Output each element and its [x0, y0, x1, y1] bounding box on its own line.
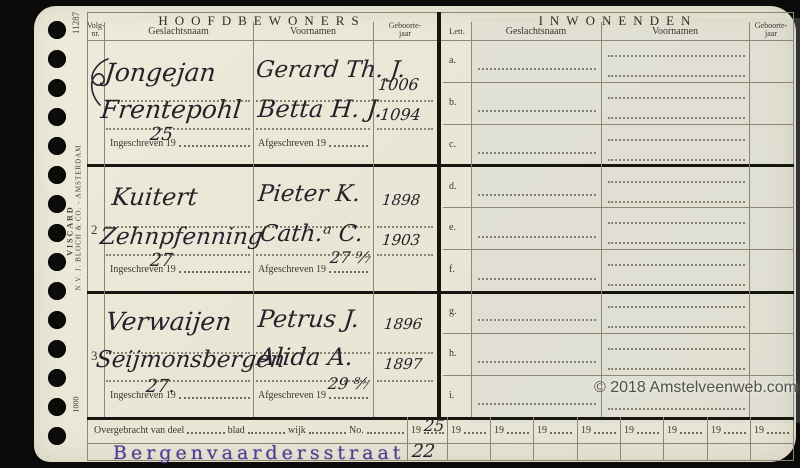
dotted-fill	[724, 432, 746, 434]
lodger-letter: h.	[449, 348, 457, 359]
first-year-value: 25	[423, 418, 445, 434]
writing-line	[608, 306, 745, 308]
afgeschreven-value: 27 ⁹⁄₇	[329, 250, 372, 266]
writing-line	[377, 128, 433, 130]
grid-line	[750, 417, 751, 460]
writing-line	[478, 152, 596, 154]
writing-line	[608, 242, 745, 244]
afgeschreven-value: 29 ⁸⁄₇	[327, 376, 370, 392]
entry-surname: Frentepohl	[100, 97, 243, 122]
lodger-letter: b.	[449, 97, 457, 108]
year-prefix: 19	[581, 425, 591, 436]
copyright-watermark: © 2018 Amstelveenweb.com	[594, 379, 797, 397]
writing-line	[608, 284, 745, 286]
punch-hole	[48, 195, 66, 213]
lodger-row-line	[443, 207, 793, 208]
writing-line	[608, 222, 745, 224]
writing-line	[106, 380, 250, 382]
dotted-fill	[329, 145, 368, 147]
card-brand: VISCARD	[66, 171, 75, 291]
punch-hole	[48, 21, 66, 39]
dotted-fill	[550, 432, 572, 434]
entry-firstnames: Petrus J.	[257, 307, 361, 331]
lodger-letter: i.	[449, 390, 454, 401]
writing-line	[608, 264, 745, 266]
lodger-letter: c.	[449, 139, 456, 150]
punch-hole	[48, 369, 66, 387]
entry-year: 1898	[381, 193, 421, 208]
year-cell: 19	[667, 423, 702, 436]
grid-line	[620, 417, 621, 460]
volgnr-2: 2	[91, 222, 98, 238]
ingeschreven-row: Ingeschreven 19	[110, 136, 250, 149]
year-prefix: 19	[537, 425, 547, 436]
year-prefix: 19	[494, 425, 504, 436]
lodger-row-line	[443, 124, 793, 125]
wijk-label: wijk	[288, 425, 306, 436]
ingeschreven-value: 27	[149, 252, 174, 270]
dotted-fill	[507, 432, 529, 434]
year-prefix: 19	[624, 425, 634, 436]
grid-line	[663, 417, 664, 460]
afgeschreven-row: Afgeschreven 19	[258, 136, 368, 149]
writing-line	[478, 194, 596, 196]
column-header-birthyear-left: Geboorte- jaar	[373, 22, 437, 39]
lodger-row-line	[443, 82, 793, 83]
serial-number-top: 11287	[71, 3, 81, 43]
writing-line	[478, 319, 596, 321]
lodger-letter: d.	[449, 181, 457, 192]
no-label: No.	[349, 425, 364, 436]
column-header-lett: Lett.	[443, 27, 471, 36]
writing-line	[608, 348, 745, 350]
writing-line	[608, 97, 745, 99]
card-maker-imprint: VISCARD N.V. J. BLOCH & CO. - AMSTERDAM	[66, 171, 83, 291]
lodger-letter: g.	[449, 306, 457, 317]
year-cell: 19	[451, 423, 486, 436]
grid-line	[407, 417, 408, 460]
ingeschreven-value: 27.	[145, 378, 176, 396]
ingeschreven-row: Ingeschreven 19	[110, 388, 250, 401]
dotted-fill	[594, 432, 616, 434]
punch-hole	[48, 137, 66, 155]
dotted-fill	[680, 432, 702, 434]
punch-hole	[48, 108, 66, 126]
grid-line	[490, 417, 491, 460]
writing-line	[256, 128, 370, 130]
ingeschreven-value: 25	[149, 126, 174, 144]
year-cell: 19	[624, 423, 659, 436]
punch-hole	[48, 166, 66, 184]
year-cell: 19	[581, 423, 616, 436]
lodger-row-line	[443, 333, 793, 334]
afgeschreven-label: Afgeschreven 19	[258, 390, 326, 401]
dotted-fill	[187, 432, 224, 434]
writing-line	[608, 201, 745, 203]
serial-number-bottom: 1000	[72, 387, 81, 423]
punch-hole	[48, 224, 66, 242]
punch-hole	[48, 79, 66, 97]
lodger-row-line	[443, 375, 793, 376]
writing-line	[377, 226, 433, 228]
column-header-firstnames-right: Voornamen	[601, 27, 749, 38]
entry-firstnames: Betta H. J.	[257, 97, 384, 121]
punch-hole	[48, 253, 66, 271]
grid-line	[447, 417, 448, 460]
overgebracht-label: Overgebracht van deel	[94, 425, 184, 436]
writing-line	[608, 139, 745, 141]
punch-hole	[48, 398, 66, 416]
punch-hole	[48, 340, 66, 358]
dotted-fill	[179, 397, 250, 399]
column-header-firstnames-left: Voornamen	[253, 27, 373, 38]
afgeschreven-label: Afgeschreven 19	[258, 264, 326, 275]
card-maker-company: N.V. J. BLOCH & CO. - AMSTERDAM	[75, 171, 83, 291]
entry-year: 1094	[379, 107, 421, 123]
entry-firstnames: Pieter K.	[257, 183, 362, 206]
lodger-letter: e.	[449, 222, 456, 233]
year-prefix: 19	[411, 425, 421, 436]
punch-hole	[48, 50, 66, 68]
writing-line	[478, 278, 596, 280]
writing-line	[608, 55, 745, 57]
writing-line	[608, 408, 745, 410]
writing-line	[608, 326, 745, 328]
entry-firstnames: Cath.ᵃ C.	[259, 223, 364, 246]
lodger-row-line	[443, 249, 793, 250]
dotted-fill	[309, 432, 346, 434]
year-prefix: 19	[754, 425, 764, 436]
writing-line	[377, 100, 433, 102]
writing-line	[608, 368, 745, 370]
writing-line	[608, 117, 745, 119]
writing-line	[608, 75, 745, 77]
entry-surname: Zehnpfenning	[99, 226, 264, 249]
entry-surname: Verwaijen	[105, 309, 233, 334]
writing-line	[478, 68, 596, 70]
year-cell: 19	[494, 423, 529, 436]
lodger-letter: a.	[449, 55, 456, 66]
entry-surname: Kuitert	[111, 185, 199, 209]
grid-line	[533, 417, 534, 460]
column-header-birthyear-right-line2: jaar	[749, 30, 793, 38]
column-header-surname-left: Geslachtsnaam	[104, 27, 253, 38]
dotted-fill	[329, 271, 368, 273]
writing-line	[608, 159, 745, 161]
entry-surname: Jongejan	[104, 60, 217, 85]
writing-line	[106, 254, 250, 256]
column-header-volgnr: Volg- nr.	[87, 22, 104, 39]
writing-line	[377, 380, 433, 382]
writing-line	[478, 236, 596, 238]
dotted-fill	[767, 432, 789, 434]
year-prefix: 19	[667, 425, 677, 436]
dotted-fill	[367, 432, 404, 434]
writing-line	[106, 128, 250, 130]
entry-firstnames: Alida A.	[257, 345, 354, 369]
grid-line	[707, 417, 708, 460]
dotted-fill	[248, 432, 285, 434]
writing-line	[377, 352, 433, 354]
writing-line	[478, 361, 596, 363]
writing-line	[608, 181, 745, 183]
afgeschreven-label: Afgeschreven 19	[258, 138, 326, 149]
year-prefix: 19	[711, 425, 721, 436]
dotted-fill	[179, 271, 250, 273]
writing-line	[377, 254, 433, 256]
year-cell: 19	[754, 423, 789, 436]
photo-background: 11287 VISCARD N.V. J. BLOCH & CO. - AMST…	[0, 0, 800, 468]
blad-label: blad	[228, 425, 245, 436]
entry-year: 1006	[377, 77, 419, 93]
column-header-volgnr-line2: nr.	[87, 30, 104, 38]
dotted-fill	[329, 397, 368, 399]
dotted-fill	[637, 432, 659, 434]
column-header-birthyear-right: Geboorte- jaar	[749, 22, 793, 39]
year-cell: 19	[537, 423, 572, 436]
column-header-birthyear-left-line2: jaar	[373, 30, 437, 38]
entry-year: 1897	[383, 357, 423, 372]
punch-hole	[48, 311, 66, 329]
year-prefix: 19	[451, 425, 461, 436]
overgebracht-row: Overgebracht van deel blad wijk No.	[94, 423, 404, 436]
ingeschreven-row: Ingeschreven 19	[110, 262, 250, 275]
punch-hole	[48, 282, 66, 300]
dotted-fill	[179, 145, 250, 147]
punch-hole	[48, 427, 66, 445]
year-cell: 19	[711, 423, 746, 436]
house-number: 22	[411, 443, 436, 461]
entry-year: 1896	[383, 317, 423, 332]
lodger-letter: f.	[449, 264, 455, 275]
writing-line	[478, 110, 596, 112]
half-divider	[437, 12, 441, 417]
column-header-surname-right: Geslachtsnaam	[471, 27, 601, 38]
dotted-fill	[464, 432, 486, 434]
street-stamp: Bergenvaardersstraat	[113, 442, 404, 464]
writing-line	[478, 403, 596, 405]
grid-line	[577, 417, 578, 460]
entry-year: 1903	[381, 233, 421, 248]
